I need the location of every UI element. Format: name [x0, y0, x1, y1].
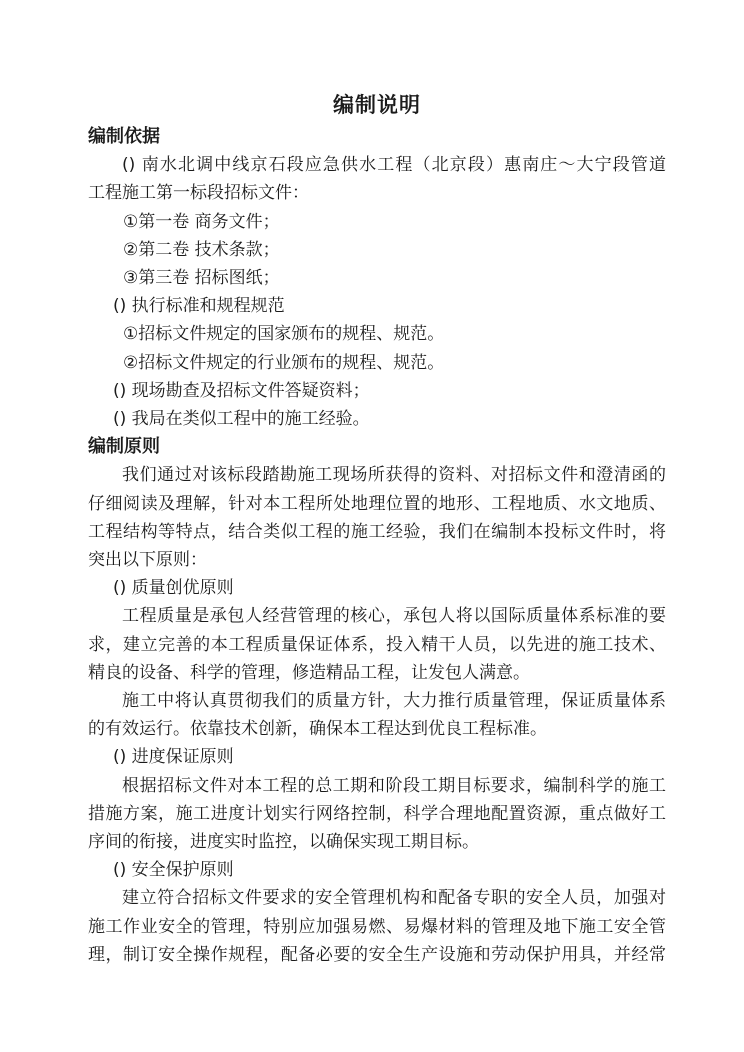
- section-heading: 编制依据: [88, 123, 666, 151]
- text-line: 我们通过对该标段踏勘施工现场所获得的资料、对招标文件和澄清函的: [88, 461, 666, 489]
- section-heading: 编制原则: [88, 433, 666, 461]
- list-item: ②第二卷 技术条款；: [88, 236, 666, 264]
- list-item: ③第三卷 招标图纸；: [88, 264, 666, 292]
- list-item: () 现场勘查及招标文件答疑资料；: [88, 377, 666, 405]
- list-item: () 质量创优原则: [88, 574, 666, 602]
- list-item: () 进度保证原则: [88, 743, 666, 771]
- text-line: 仔细阅读及理解，针对本工程所处地理位置的地形、工程地质、水文地质、: [88, 490, 666, 518]
- document-page: 编制说明 编制依据 () 南水北调中线京石段应急供水工程（北京段）惠南庄～大宁段…: [0, 0, 744, 1052]
- text-line: 工程施工第一标段招标文件：: [88, 179, 666, 207]
- list-item: ①招标文件规定的国家颁布的规程、规范。: [88, 320, 666, 348]
- list-item: ①第一卷 商务文件；: [88, 208, 666, 236]
- list-item: () 我局在类似工程中的施工经验。: [88, 405, 666, 433]
- text-line: 突出以下原则：: [88, 546, 666, 574]
- text-line: 根据招标文件对本工程的总工期和阶段工期目标要求，编制科学的施工: [88, 772, 666, 800]
- text-line: () 南水北调中线京石段应急供水工程（北京段）惠南庄～大宁段管道: [88, 151, 666, 179]
- text-line: 精良的设备、科学的管理，修造精品工程，让发包人满意。: [88, 659, 666, 687]
- document-title: 编制说明: [88, 90, 666, 120]
- document-content: 编制说明 编制依据 () 南水北调中线京石段应急供水工程（北京段）惠南庄～大宁段…: [88, 90, 666, 969]
- list-item: () 安全保护原则: [88, 856, 666, 884]
- text-line: 措施方案，施工进度计划实行网络控制，科学合理地配置资源，重点做好工: [88, 800, 666, 828]
- text-line: 的有效运行。依靠技术创新，确保本工程达到优良工程标准。: [88, 715, 666, 743]
- list-item: () 执行标准和规程规范: [88, 292, 666, 320]
- text-line: 工程结构等特点，结合类似工程的施工经验，我们在编制本投标文件时，将: [88, 518, 666, 546]
- text-line: 建立符合招标文件要求的安全管理机构和配备专职的安全人员，加强对: [88, 884, 666, 912]
- list-item: ②招标文件规定的行业颁布的规程、规范。: [88, 349, 666, 377]
- text-line: 工程质量是承包人经营管理的核心，承包人将以国际质量体系标准的要: [88, 602, 666, 630]
- text-line: 施工中将认真贯彻我们的质量方针，大力推行质量管理，保证质量体系: [88, 687, 666, 715]
- text-line: 序间的衔接，进度实时监控，以确保实现工期目标。: [88, 828, 666, 856]
- text-line: 求，建立完善的本工程质量保证体系，投入精干人员，以先进的施工技术、: [88, 631, 666, 659]
- text-line: 理，制订安全操作规程，配备必要的安全生产设施和劳动保护用具，并经常: [88, 941, 666, 969]
- text-line: 施工作业安全的管理，特别应加强易燃、易爆材料的管理及地下施工安全管: [88, 913, 666, 941]
